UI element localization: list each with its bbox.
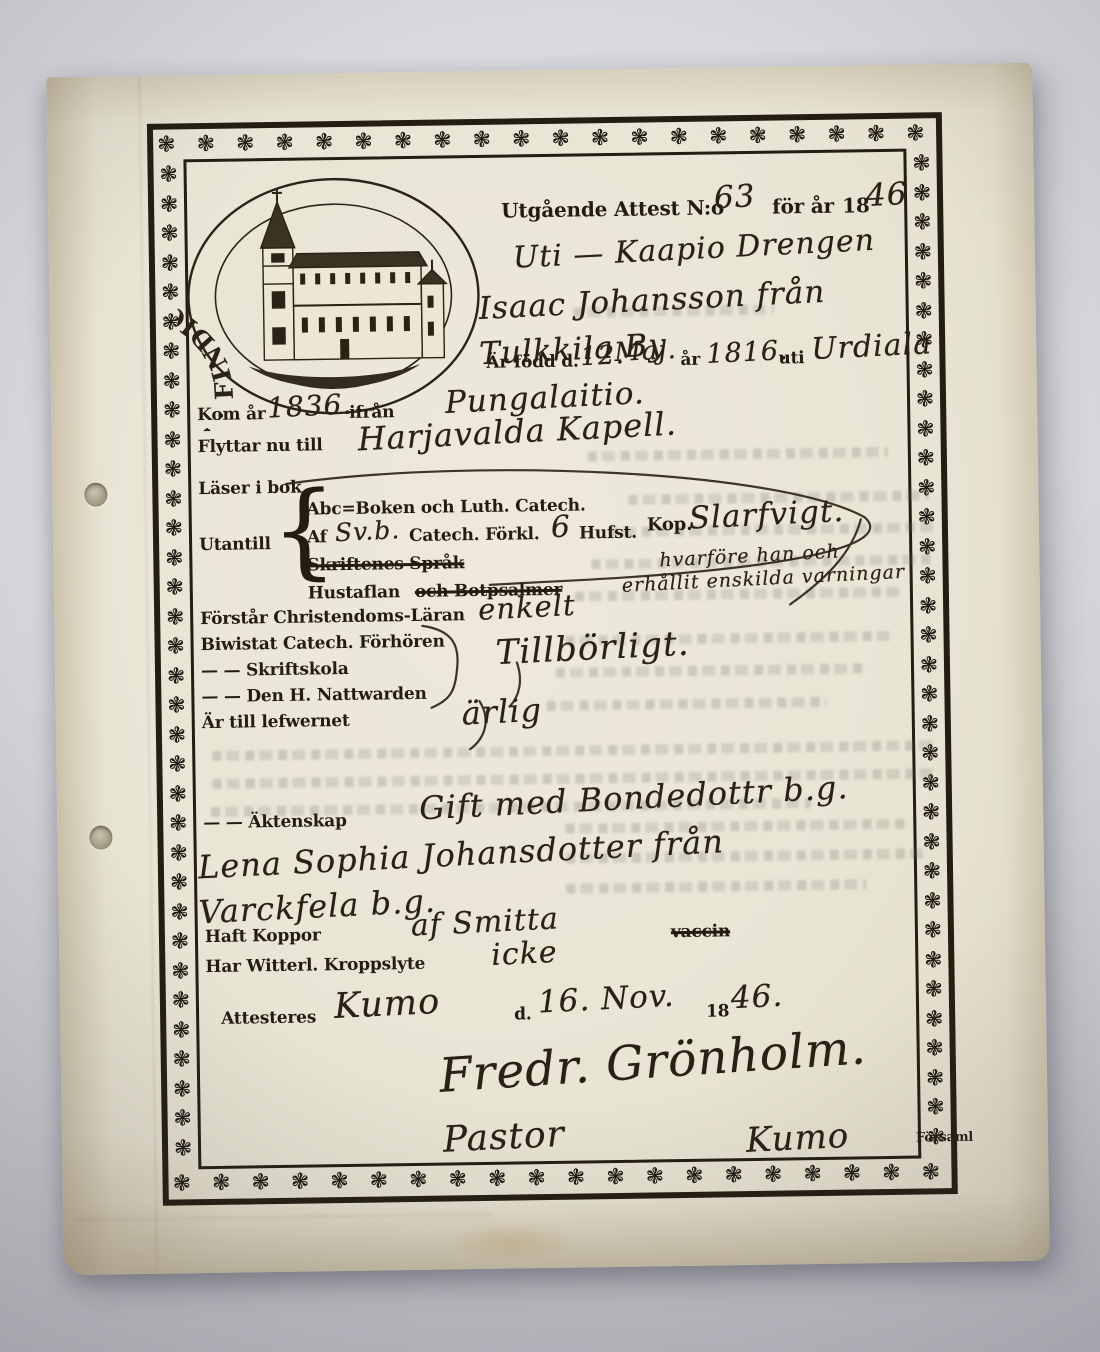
- attest-year-hand: 46: [865, 176, 908, 214]
- attestation-year-printed: 18: [706, 1001, 730, 1021]
- attendance-label-1: Biwistat Catech. Förhören: [200, 632, 444, 656]
- blemish-label: Har Witterl. Kroppslyte: [205, 954, 425, 977]
- marriage-label: — — Äktenskap: [203, 811, 347, 833]
- horizontal-crease: [73, 1213, 493, 1221]
- reading-item-2-mid: Catech. Förkl.: [409, 524, 540, 546]
- utantill-label: Utantill: [199, 534, 271, 555]
- attestation-place: Kumo: [333, 982, 441, 1027]
- conduct-value: ärlig: [461, 691, 543, 733]
- attest-number: 63: [713, 178, 756, 216]
- marriage-line-3: Varckfela b.g.: [198, 882, 437, 932]
- intro-line-2: Isaac Johansson från: [478, 274, 826, 327]
- reading-item-2-end: Hufst.: [579, 523, 637, 544]
- attestation-d: d.: [514, 1004, 532, 1024]
- intro-line-1: Uti — Kaapio Drengen: [512, 223, 876, 276]
- blemish-value: icke: [490, 935, 558, 973]
- reading-item-3-struck: Skriftenes Språk: [307, 553, 464, 575]
- note-kop: Kop.: [647, 514, 693, 536]
- christendom-label: Förstår Christendoms-Läran: [200, 605, 465, 629]
- bleedthrough-line: [566, 879, 866, 893]
- moves-label: Flyttar nu till: [198, 435, 323, 457]
- reading-item-4: Hustaflan: [308, 582, 401, 603]
- reading-item-2-hand: Sv.b.: [334, 515, 401, 547]
- conduct-label: Är till lefwernet: [202, 711, 350, 733]
- attendance-label-3: — — Den H. Nattwarden: [201, 684, 427, 707]
- signature-title: Pastor: [442, 1114, 566, 1161]
- born-month: Maj.: [614, 335, 678, 368]
- born-year: 1816.: [706, 335, 790, 370]
- bleedthrough-line: [212, 740, 937, 761]
- certificate-content: DIOECESIS ABOENSIS · MAGNI PRINC · FINL …: [153, 118, 964, 1212]
- smallpox-struck-vaccin: vaccin: [671, 921, 731, 942]
- attest-for-year: för år: [772, 194, 834, 219]
- seal-ring-textpath: DIOECESIS ABOENSIS · MAGNI PRINC · FINL …: [176, 165, 241, 432]
- reading-item-2-af: Af: [307, 527, 327, 547]
- seal-ring-text: DIOECESIS ABOENSIS · MAGNI PRINC · FINL …: [176, 165, 241, 432]
- document-paper: ❃ ❃ ❃ ❃ ❃ ❃ ❃ ❃ ❃ ❃ ❃ ❃ ❃ ❃ ❃ ❃ ❃ ❃ ❃ ❃ …: [46, 63, 1050, 1275]
- came-year: 1836.: [266, 387, 353, 424]
- attendance-label-2: — — Skriftskola: [201, 659, 349, 681]
- reading-item-2-num: 6: [550, 509, 572, 545]
- attestation-label: Attesteres: [221, 1007, 316, 1028]
- signature-name: Fredr. Grönholm.: [437, 1020, 868, 1104]
- seal-church-illustration: [246, 185, 448, 388]
- punch-hole-top: [84, 483, 107, 507]
- ornamental-border-frame: ❃ ❃ ❃ ❃ ❃ ❃ ❃ ❃ ❃ ❃ ❃ ❃ ❃ ❃ ❃ ❃ ❃ ❃ ❃ ❃ …: [147, 112, 958, 1206]
- reading-item-1: Abc=Boken och Luth. Catech.: [306, 495, 585, 519]
- christendom-value: enkelt: [477, 588, 576, 627]
- attestation-year-hand: 46.: [730, 978, 784, 1017]
- attestation-date: 16. Nov.: [537, 978, 675, 1021]
- born-ar-label: år: [680, 350, 700, 370]
- born-place: Urdiala: [810, 326, 932, 367]
- punch-hole-bottom: [89, 825, 112, 849]
- bleedthrough-line: [546, 697, 826, 711]
- signature-place: Kumo: [745, 1116, 850, 1161]
- came-label: Kom år: [197, 404, 266, 425]
- signature-congregation: Församl: [916, 1130, 973, 1146]
- attest-title: Utgående Attest N:o: [501, 195, 724, 222]
- bleedthrough-line: [588, 447, 888, 461]
